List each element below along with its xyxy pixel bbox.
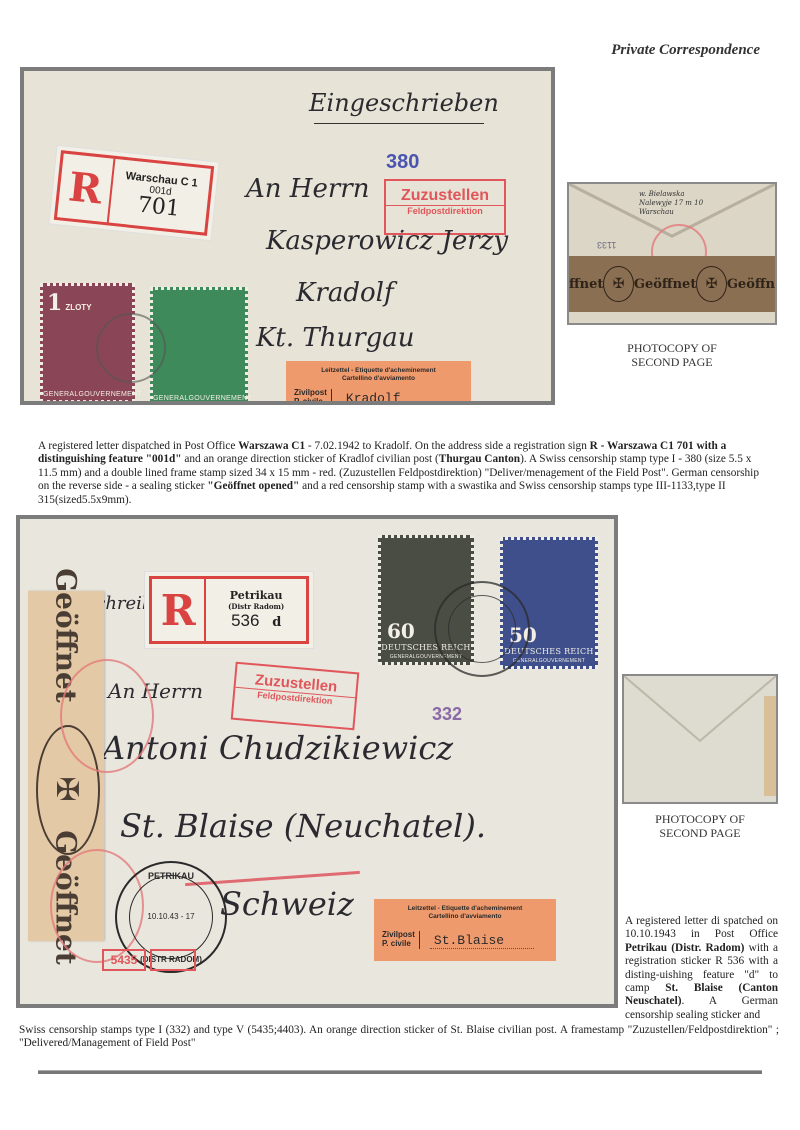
- frame-stamp-zuzustellen: Zuzustellen Feldpostdirektion: [231, 662, 360, 731]
- red-censor-stamp: [60, 659, 154, 773]
- emphasis-text: Warszawa C1: [238, 440, 305, 452]
- cover-2-image: schreibe R Petrikau (Distr Radom) 536 d …: [16, 515, 618, 1008]
- underline: [314, 123, 484, 124]
- frame-stamp-line2: Feldpostdirektion: [386, 206, 504, 216]
- handwritten-address-line3: Kradolf: [296, 278, 394, 308]
- caption-line1: PHOTOCOPY OF: [622, 812, 778, 826]
- tape-word: Geöffn: [727, 277, 775, 292]
- page-title: Private Correspondence: [611, 42, 760, 59]
- page-divider: [38, 1070, 762, 1074]
- stamp-currency: ZLOTY: [65, 303, 91, 312]
- registration-r-mark: R: [152, 579, 206, 641]
- text-run: and an orange direction sticker of Kradl…: [182, 453, 439, 465]
- cover-2-envelope: schreibe R Petrikau (Distr Radom) 536 d …: [20, 519, 614, 1004]
- stamp-denomination: 1: [47, 290, 62, 316]
- sticker-header-line2: Cartellino d'avviamento: [374, 913, 556, 921]
- geoffnet-tape: ffnet ✠ Geöffnet ✠ Geöffn: [569, 256, 775, 312]
- sender-line: Nalewyje 17 m 10: [639, 199, 703, 208]
- emphasis-text: Thurgau Canton: [439, 453, 520, 465]
- cover-2-description-side: A registered letter di spatched on 10.10…: [625, 915, 778, 1022]
- text-run: A registered letter dispatched in Post O…: [38, 440, 238, 452]
- handwritten-address-line3: St. Blaise (Neuchatel).: [120, 807, 486, 845]
- registration-feature: d: [272, 615, 281, 630]
- caption-line2: SECOND PAGE: [622, 826, 778, 840]
- postmark-date: 10.10.43 - 17: [117, 912, 225, 921]
- sticker-civil-line2: P. civile: [382, 940, 415, 949]
- sticker-header-line2: Cartellino d'avviamento: [286, 375, 471, 383]
- emphasis-text: Petrikau (Distr. Radom): [625, 942, 744, 954]
- sender-line: w. Bielawska: [639, 190, 703, 199]
- emphasis-text: "Geöffnet opened": [207, 480, 299, 492]
- handwritten-address-line2: Antoni Chudzikiewicz: [102, 729, 453, 767]
- postmark-top: [434, 581, 530, 677]
- frame-stamp-line1: Zuzustellen: [386, 187, 504, 206]
- postmark-town: PETRIKAU: [117, 871, 225, 881]
- censor-tape-edge: [764, 696, 776, 796]
- tape-word: Geöffnet: [634, 277, 696, 292]
- registration-r-mark: R: [57, 153, 116, 222]
- envelope-flap: [624, 676, 776, 752]
- direction-sticker: Leitzettel - Etiquette d'acheminement Ca…: [374, 899, 556, 961]
- eagle-seal-icon: ✠: [696, 266, 726, 302]
- handwritten-address-line2: Kasperowicz Jerzy: [266, 226, 508, 256]
- text-run: Swiss censorship stamps type I (332) and…: [19, 1024, 779, 1049]
- caption-line2: SECOND PAGE: [567, 355, 777, 369]
- handwritten-registered: Eingeschrieben: [309, 89, 499, 117]
- swiss-censor-mark: 1133: [597, 240, 616, 250]
- swiss-censor-number: 380: [386, 151, 419, 174]
- swiss-censor-box-stamp-2: [150, 949, 196, 971]
- sticker-header-line1: Leitzettel - Etiquette d'acheminement: [286, 367, 471, 375]
- registration-office: Petrikau: [230, 589, 283, 602]
- sticker-header-line1: Leitzettel - Etiquette d'acheminement: [374, 905, 556, 913]
- photocopy-2-image: [622, 674, 778, 804]
- swiss-censor-box-stamp: 5435: [102, 949, 146, 971]
- photocopy-1-caption: PHOTOCOPY OF SECOND PAGE: [567, 341, 777, 369]
- handwritten-address-line4: Kt. Thurgau: [256, 323, 415, 353]
- sticker-destination: St.Blaise: [430, 933, 534, 949]
- photocopy-2-caption: PHOTOCOPY OF SECOND PAGE: [622, 812, 778, 840]
- handwritten-address-line1: An Herrn: [246, 174, 369, 204]
- handwritten-address-line4: Schweiz: [220, 885, 354, 923]
- stamp-legend: GENERALGOUVERNEMENT: [43, 389, 132, 400]
- direction-sticker: Leitzettel - Etiquette d'acheminement Ca…: [286, 361, 471, 401]
- sticker-civil-line2: P. civile: [294, 398, 327, 401]
- cover-1-envelope: Eingeschrieben R Warschau C 1 001d 701 3…: [24, 71, 551, 401]
- swiss-censor-number: 332: [432, 704, 462, 725]
- sticker-destination: Kradolf: [342, 391, 431, 401]
- sender-line: Warschau: [639, 208, 703, 217]
- cover-2-description-bottom: Swiss censorship stamps type I (332) and…: [19, 1024, 779, 1051]
- eagle-seal-icon: ✠: [603, 266, 633, 302]
- postmark-warschau: [96, 313, 166, 383]
- registration-district: (Distr Radom): [228, 602, 284, 611]
- text-run: - 7.02.1942 to Kradolf. On the address s…: [305, 440, 590, 452]
- cover-1-description: A registered letter dispatched in Post O…: [38, 440, 762, 507]
- registration-label: R Petrikau (Distr Radom) 536 d: [144, 571, 314, 649]
- registration-number: 536: [231, 611, 259, 630]
- registration-label: R Warschau C 1 001d 701: [48, 145, 219, 242]
- text-run: A registered letter di spatched on 10.10…: [625, 915, 778, 940]
- photocopy-1-image: w. Bielawska Nalewyje 17 m 10 Warschau 1…: [567, 182, 777, 325]
- cover-1-image: Eingeschrieben R Warschau C 1 001d 701 3…: [20, 67, 555, 405]
- registration-number: 701: [137, 194, 181, 220]
- caption-line1: PHOTOCOPY OF: [567, 341, 777, 355]
- tape-word: ffnet: [569, 277, 603, 292]
- stamp-legend: GENERALGOUVERNEMENT: [153, 393, 245, 401]
